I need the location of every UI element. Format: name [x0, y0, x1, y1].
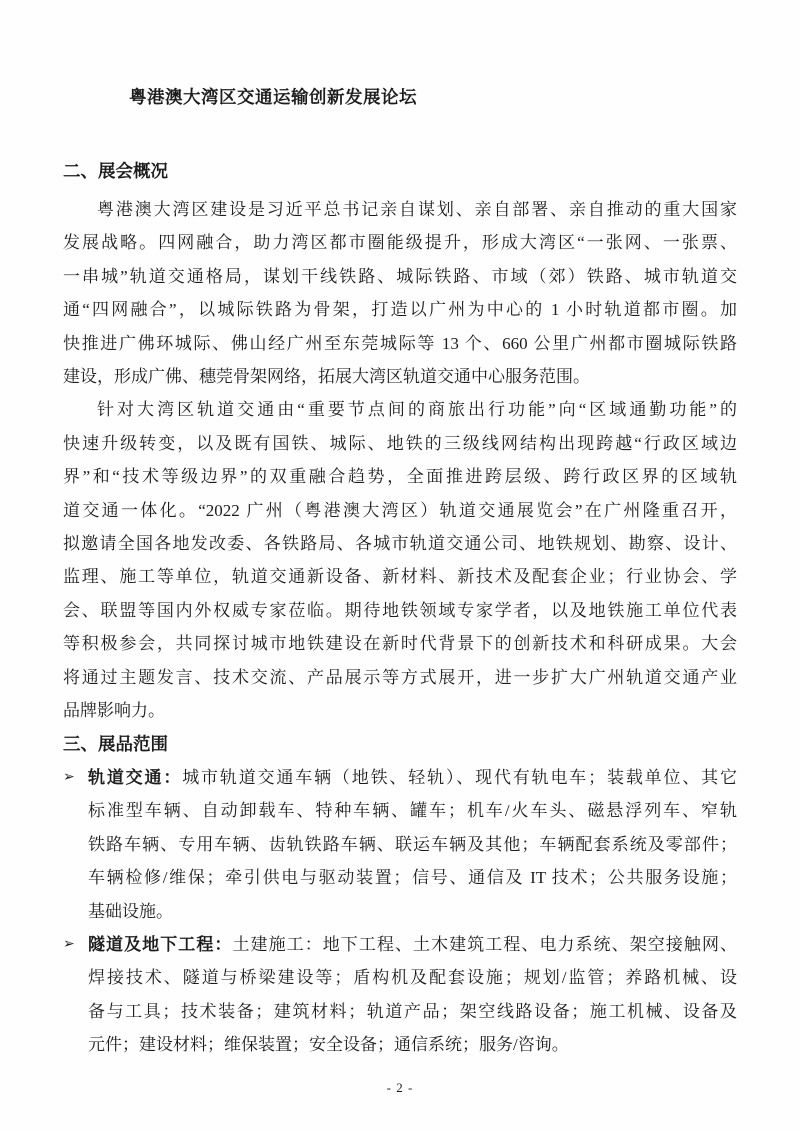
list-item-line: 铁路车辆、专用车辆、齿轨铁路车辆、联运车辆及其他；车辆配套系统及零部件； — [88, 828, 737, 861]
paragraph-line: 粤港澳大湾区建设是习近平总书记亲自谋划、亲自部署、亲自推动的重大国家 — [63, 193, 737, 226]
paragraph-line: 发展战略。四网融合，助力湾区都市圈能级提升，形成大湾区“一张网、一张票、 — [63, 226, 737, 259]
list-item-line: 元件；建设材料；维保装置；安全设备；通信系统；服务/咨询。 — [88, 1028, 737, 1061]
section-heading-overview: 二、展会概况 — [63, 159, 737, 183]
list-item-line: 焊接技术、隧道与桥梁建设等；盾构机及配套设施；规划/监管；养路机械、设 — [88, 961, 737, 994]
paragraph-line: 针对大湾区轨道交通由“重要节点间的商旅出行功能”向“区域通勤功能”的 — [63, 393, 737, 426]
forum-title-line: 粤港澳大湾区交通运输创新发展论坛 — [63, 85, 737, 109]
page-number: - 2 - — [0, 1080, 800, 1096]
list-item-line: 标准型车辆、自动卸载车、特种车辆、罐车；机车/火车头、磁悬浮列车、窄轨 — [88, 794, 737, 827]
exhibit-item-text: 城市轨道交通车辆（地铁、轻轨）、现代有轨电车；装载单位、其它 — [182, 768, 737, 787]
document-content: 粤港澳大湾区交通运输创新发展论坛 二、展会概况 粤港澳大湾区建设是习近平总书记亲… — [63, 0, 737, 1062]
paragraph-line: 监理、施工等单位，轨道交通新设备、新材料、新技术及配套企业；行业协会、学 — [63, 560, 737, 593]
list-item-first-line: 轨道交通：城市轨道交通车辆（地铁、轻轨）、现代有轨电车；装载单位、其它 — [88, 761, 737, 794]
paragraph-line: 品牌影响力。 — [63, 694, 737, 727]
paragraph-line: 通“四网融合”，以城际铁路为骨架，打造以广州为中心的 1 小时轨道都市圈。加 — [63, 293, 737, 326]
section-heading-exhibits: 三、展品范围 — [63, 728, 737, 761]
arrow-bullet-icon: ➢ — [63, 928, 75, 961]
exhibit-item-text: 土建施工：地下工程、土木建筑工程、电力系统、架空接触网、 — [232, 935, 737, 954]
list-item-line: 基础设施。 — [88, 895, 737, 928]
paragraph-line: 等积极参会，共同探讨城市地铁建设在新时代背景下的创新技术和科研成果。大会 — [63, 627, 737, 660]
paragraph-line: 将通过主题发言、技术交流、产品展示等方式展开，进一步扩大广州轨道交通产业 — [63, 661, 737, 694]
exhibit-item-rail-transit: ➢ 轨道交通：城市轨道交通车辆（地铁、轻轨）、现代有轨电车；装载单位、其它 标准… — [63, 761, 737, 928]
paragraph-line: 建设，形成广佛、穗莞骨架网络，拓展大湾区轨道交通中心服务范围。 — [63, 360, 737, 393]
exhibit-item-tunnel-underground: ➢ 隧道及地下工程：土建施工：地下工程、土木建筑工程、电力系统、架空接触网、 焊… — [63, 928, 737, 1062]
paragraph-line: 道交通一体化。“2022 广州（粤港澳大湾区）轨道交通展览会”在广州隆重召开， — [63, 494, 737, 527]
exhibit-item-label: 轨道交通： — [88, 768, 182, 787]
paragraph-line: 界”和“技术等级边界”的双重融合趋势，全面推进跨层级、跨行政区界的区域轨 — [63, 460, 737, 493]
overview-paragraph-1: 粤港澳大湾区建设是习近平总书记亲自谋划、亲自部署、亲自推动的重大国家 发展战略。… — [63, 193, 737, 393]
arrow-bullet-icon: ➢ — [63, 761, 75, 794]
list-item-first-line: 隧道及地下工程：土建施工：地下工程、土木建筑工程、电力系统、架空接触网、 — [88, 928, 737, 961]
paragraph-line: 一串城”轨道交通格局，谋划干线铁路、城际铁路、市域（郊）铁路、城市轨道交 — [63, 260, 737, 293]
paragraph-line: 快速升级转变，以及既有国铁、城际、地铁的三级线网结构出现跨越“行政区域边 — [63, 427, 737, 460]
overview-paragraph-2: 针对大湾区轨道交通由“重要节点间的商旅出行功能”向“区域通勤功能”的 快速升级转… — [63, 393, 737, 727]
list-item-line: 备与工具；技术装备；建筑材料；轨道产品；架空线路设备；施工机械、设备及 — [88, 995, 737, 1028]
paragraph-line: 会、联盟等国内外权威专家莅临。期待地铁领域专家学者，以及地铁施工单位代表 — [63, 594, 737, 627]
paragraph-line: 快推进广佛环城际、佛山经广州至东莞城际等 13 个、660 公里广州都市圈城际铁… — [63, 327, 737, 360]
exhibit-item-label: 隧道及地下工程： — [88, 935, 232, 954]
document-page: 粤港澳大湾区交通运输创新发展论坛 二、展会概况 粤港澳大湾区建设是习近平总书记亲… — [0, 0, 800, 1131]
paragraph-line: 拟邀请全国各地发改委、各铁路局、各城市轨道交通公司、地铁规划、勘察、设计、 — [63, 527, 737, 560]
list-item-line: 车辆检修/维保；牵引供电与驱动装置；信号、通信及 IT 技术；公共服务设施； — [88, 861, 737, 894]
